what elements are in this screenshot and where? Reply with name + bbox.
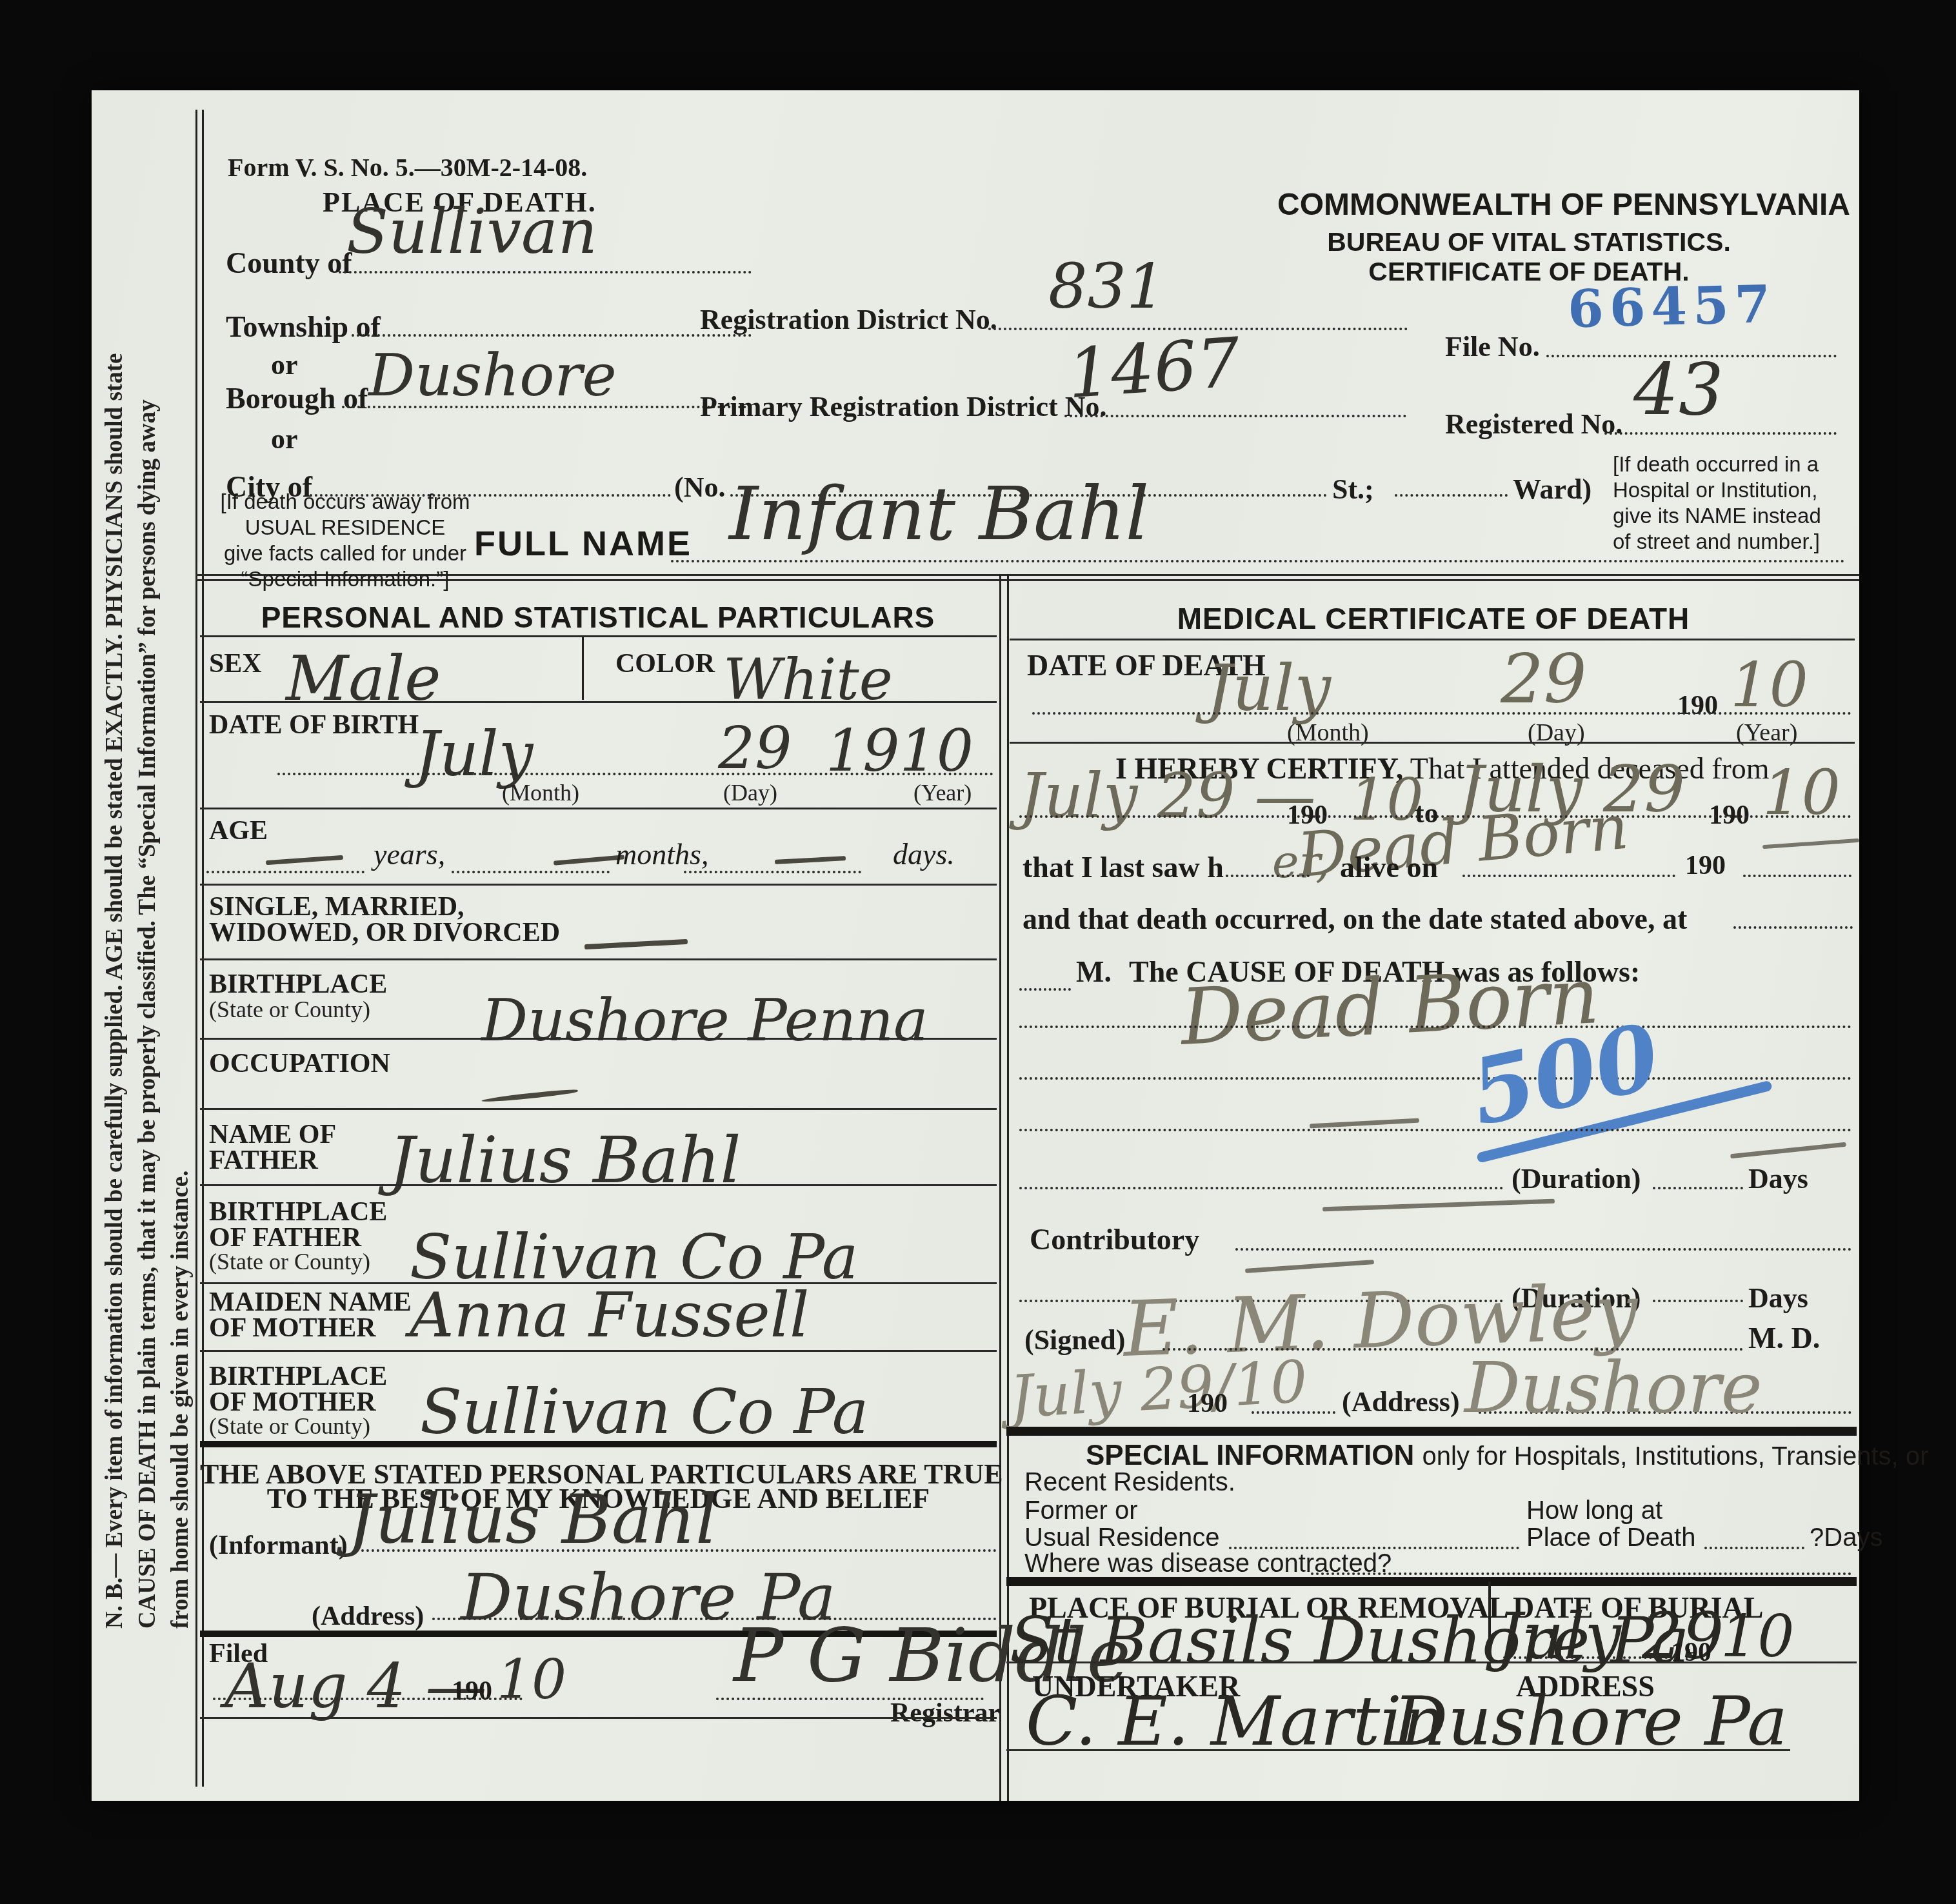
filed-year-stub: 190	[452, 1676, 492, 1707]
age-days-caption: days.	[893, 837, 955, 871]
filed-date-value: Aug 4 —	[225, 1651, 486, 1722]
township-dotted-line	[352, 334, 752, 337]
county-label: County of	[226, 246, 352, 280]
age-months-caption: months,	[615, 837, 708, 871]
dod-dotted	[1032, 712, 1851, 715]
signed-address-label: (Address)	[1342, 1385, 1460, 1418]
attended-to-year-hand: 10	[1762, 758, 1841, 829]
age-dotted-2	[452, 871, 610, 873]
cause-dotted-2	[1019, 1077, 1851, 1080]
birthplace-caption: (State or County)	[209, 996, 370, 1023]
county-dotted-line	[339, 271, 752, 273]
signed-date-dotted	[1252, 1411, 1335, 1414]
occupation-dash	[481, 1088, 578, 1104]
hospital-note-line3: give its NAME instead	[1613, 503, 1858, 529]
signed-label: (Signed)	[1024, 1324, 1125, 1356]
father-label-2: FATHER	[209, 1145, 318, 1176]
full-name-label: FULL NAME	[474, 524, 692, 564]
age-years-caption: years,	[374, 837, 445, 871]
residence-note-line2: USUAL RESIDENCE	[219, 515, 471, 540]
duration1-label: (Duration)	[1512, 1162, 1641, 1195]
dob-year-caption: (Year)	[913, 779, 972, 806]
contributory-dotted	[1235, 1248, 1851, 1251]
last-saw-prefix: that I last saw h	[1023, 850, 1224, 884]
personal-rule-2	[200, 701, 997, 703]
mother-value: Anna Fussell	[410, 1280, 809, 1351]
age-months-dash	[554, 855, 624, 866]
margin-note-line3: from home should be given in every insta…	[164, 171, 197, 1629]
attended-from-value: July 29 —	[1019, 761, 1316, 832]
occurred-line: and that death occurred, on the date sta…	[1023, 902, 1687, 936]
township-label: Township of	[226, 310, 381, 344]
burial-rule-1	[1006, 1661, 1857, 1663]
former-label-2: Usual Residence	[1024, 1523, 1219, 1552]
registered-no-dotted	[1604, 432, 1837, 435]
or-label-1: or	[271, 348, 298, 381]
margin-note-line1: N. B.— Every item of information should …	[98, 171, 131, 1629]
special-info-line2: Recent Residents.	[1024, 1468, 1235, 1497]
sex-color-divider	[582, 637, 584, 700]
medical-section-title: MEDICAL CERTIFICATE OF DEATH	[1008, 601, 1859, 636]
burial-rule-2	[1006, 1749, 1790, 1751]
last-saw-dotted-3	[1743, 875, 1851, 877]
mother-bp-caption: (State or County)	[209, 1413, 370, 1440]
special-info-bold: SPECIAL INFORMATION	[1086, 1440, 1414, 1471]
borough-value: Dushore	[368, 342, 617, 410]
mother-label-2: OF MOTHER	[209, 1313, 376, 1344]
signed-date-hand: July 29/10	[1008, 1348, 1310, 1431]
alive-on-label: alive on	[1340, 850, 1438, 884]
primary-registration-label: Primary Registration District No.	[700, 390, 1106, 423]
contributory-dash-below	[1245, 1260, 1374, 1273]
last-saw-year-stub: 190	[1685, 850, 1726, 881]
disease-dotted	[1311, 1572, 1851, 1575]
medical-thick-rule-1	[1006, 1427, 1857, 1436]
last-saw-dash	[1762, 838, 1859, 849]
duration2-dotted-right	[1653, 1300, 1743, 1302]
residence-note-line1: [If death occurs away from	[219, 489, 471, 515]
father-bp-caption: (State or County)	[209, 1248, 370, 1275]
personal-rule-1	[200, 635, 997, 637]
house-no-label: (No.	[674, 471, 725, 504]
dod-year-hand: 10	[1730, 650, 1808, 721]
personal-rule-5	[200, 958, 997, 960]
color-label: COLOR	[615, 648, 715, 679]
hospital-note-line2: Hospital or Institution,	[1613, 477, 1858, 503]
or-label-2: or	[271, 422, 298, 455]
dob-day-caption: (Day)	[723, 779, 777, 806]
age-dotted-3	[684, 871, 861, 873]
borough-label: Borough of	[226, 381, 368, 415]
registrar-label: Registrar	[890, 1698, 1000, 1729]
margin-note: N. B.— Every item of information should …	[98, 171, 199, 1629]
margin-note-line2: CAUSE OF DEATH in plain terms, that it m…	[131, 171, 164, 1629]
marital-dash	[584, 939, 688, 949]
sex-label: SEX	[209, 648, 262, 679]
dod-day-value: 29	[1501, 640, 1587, 719]
medical-rule-2	[1010, 742, 1855, 744]
howlong-dotted	[1704, 1547, 1804, 1549]
duration1-dotted-left	[1019, 1187, 1503, 1189]
duration1-dotted-right	[1653, 1187, 1743, 1189]
dob-dotted	[277, 773, 993, 775]
sex-value: Male	[286, 644, 441, 715]
mother-bp-value: Sullivan Co Pa	[420, 1377, 868, 1448]
signed-address-value: Dushore	[1464, 1348, 1762, 1429]
howlong-label-2: Place of Death	[1526, 1523, 1695, 1552]
personal-rule-8	[200, 1184, 997, 1186]
last-saw-dotted-1	[1226, 875, 1310, 877]
ward-label: Ward)	[1513, 473, 1592, 506]
personal-section-title: PERSONAL AND STATISTICAL PARTICULARS	[201, 600, 995, 635]
occupation-label: OCCUPATION	[209, 1048, 390, 1079]
special-info-rest: only for Hospitals, Institutions, Transi…	[1422, 1442, 1929, 1471]
primary-registration-value: 1467	[1065, 323, 1242, 413]
hospital-note-line1: [If death occurred in a	[1613, 451, 1858, 477]
marital-label-2: WIDOWED, OR DIVORCED	[209, 917, 560, 948]
informant-dotted	[361, 1549, 997, 1552]
birthplace-value: Dushore Penna	[481, 987, 928, 1055]
informant-label: (Informant)	[209, 1530, 348, 1561]
occurred-dotted	[1733, 926, 1853, 929]
howlong-label-1: How long at	[1526, 1496, 1662, 1525]
medical-thick-rule-2	[1006, 1577, 1857, 1586]
personal-rule-7	[200, 1108, 997, 1110]
bureau-title: BUREAU OF VITAL STATISTICS.	[1277, 227, 1781, 257]
registered-no-value: 43	[1633, 348, 1724, 431]
hospital-note-line4: of street and number.]	[1613, 529, 1858, 555]
file-number-stamp: 66457	[1567, 273, 1777, 339]
residence-note-line4: “Special Information.”]	[219, 566, 471, 592]
last-saw-hand: er,	[1272, 835, 1330, 888]
county-value: Sullivan	[346, 197, 597, 268]
age-label: AGE	[209, 815, 268, 846]
contributory-dash-above	[1322, 1199, 1555, 1212]
registered-no-label: Registered No.	[1445, 408, 1622, 441]
full-name-value: Infant Bahl	[729, 471, 1149, 557]
personal-rule-4	[200, 884, 997, 886]
filed-dotted-left	[213, 1698, 523, 1700]
left-double-rule-outer	[195, 110, 197, 1787]
personal-bottom-rule	[200, 1717, 997, 1719]
age-years-dash	[266, 855, 343, 865]
registration-district-label: Registration District No.	[700, 303, 997, 336]
hospital-note: [If death occurred in a Hospital or Inst…	[1613, 451, 1858, 555]
filed-year-hand: 10	[497, 1648, 566, 1712]
form-number: Form V. S. No. 5.—30M-2-14-08.	[228, 152, 587, 183]
residence-note-line3: give facts called for under	[219, 540, 471, 566]
dob-label: DATE OF BIRTH	[209, 709, 419, 740]
death-certificate-document: N. B.— Every item of information should …	[92, 90, 1859, 1801]
father-value: Julius Bahl	[389, 1122, 741, 1198]
days-q-label: ?Days	[1810, 1523, 1882, 1552]
medical-rule-1	[1010, 639, 1855, 640]
dob-month-caption: (Month)	[502, 779, 579, 806]
duration-dash-1	[1310, 1118, 1419, 1129]
full-name-dotted-line	[671, 560, 1845, 562]
registration-district-value: 831	[1048, 252, 1165, 322]
signed-year-stub: 190	[1187, 1388, 1228, 1419]
special-info-line: SPECIAL INFORMATION only for Hospitals, …	[1086, 1440, 1928, 1472]
duration-dotted-row	[1019, 1129, 1851, 1131]
m-dotted	[1019, 988, 1071, 991]
last-saw-dotted-2	[1462, 875, 1675, 877]
cause-dotted-1	[1019, 1026, 1851, 1028]
duration1-hand-dash	[1730, 1142, 1846, 1159]
age-dotted-1	[206, 871, 364, 873]
age-days-dash	[775, 856, 846, 864]
birthplace-label: BIRTHPLACE	[209, 969, 387, 1000]
former-label-1: Former or	[1024, 1496, 1138, 1525]
street-label: St.;	[1332, 473, 1374, 506]
ward-dotted-line	[1395, 494, 1508, 497]
informant-address-label: (Address)	[312, 1601, 424, 1632]
personal-rule-3	[200, 808, 997, 809]
burial-year-hand: 10	[1721, 1603, 1795, 1671]
dod-year-stub: 190	[1677, 690, 1718, 721]
usual-residence-note: [If death occurs away from USUAL RESIDEN…	[219, 489, 471, 592]
duration2-days-label: Days	[1748, 1282, 1808, 1314]
personal-rule-6	[200, 1038, 997, 1040]
primary-registration-dotted	[1064, 415, 1406, 417]
personal-rule-10	[200, 1350, 997, 1352]
m-label: M.	[1076, 955, 1112, 989]
personal-thick-rule-1	[200, 1441, 997, 1447]
duration1-days-label: Days	[1748, 1162, 1808, 1195]
left-double-rule-inner	[202, 110, 204, 1787]
file-no-label: File No.	[1445, 330, 1540, 363]
burial-date-dotted	[1503, 1656, 1668, 1659]
commonwealth-title: COMMONWEALTH OF PENNSYLVANIA	[1277, 187, 1781, 223]
informant-value: Julius Bahl	[348, 1480, 717, 1559]
contributory-label: Contributory	[1030, 1222, 1199, 1256]
